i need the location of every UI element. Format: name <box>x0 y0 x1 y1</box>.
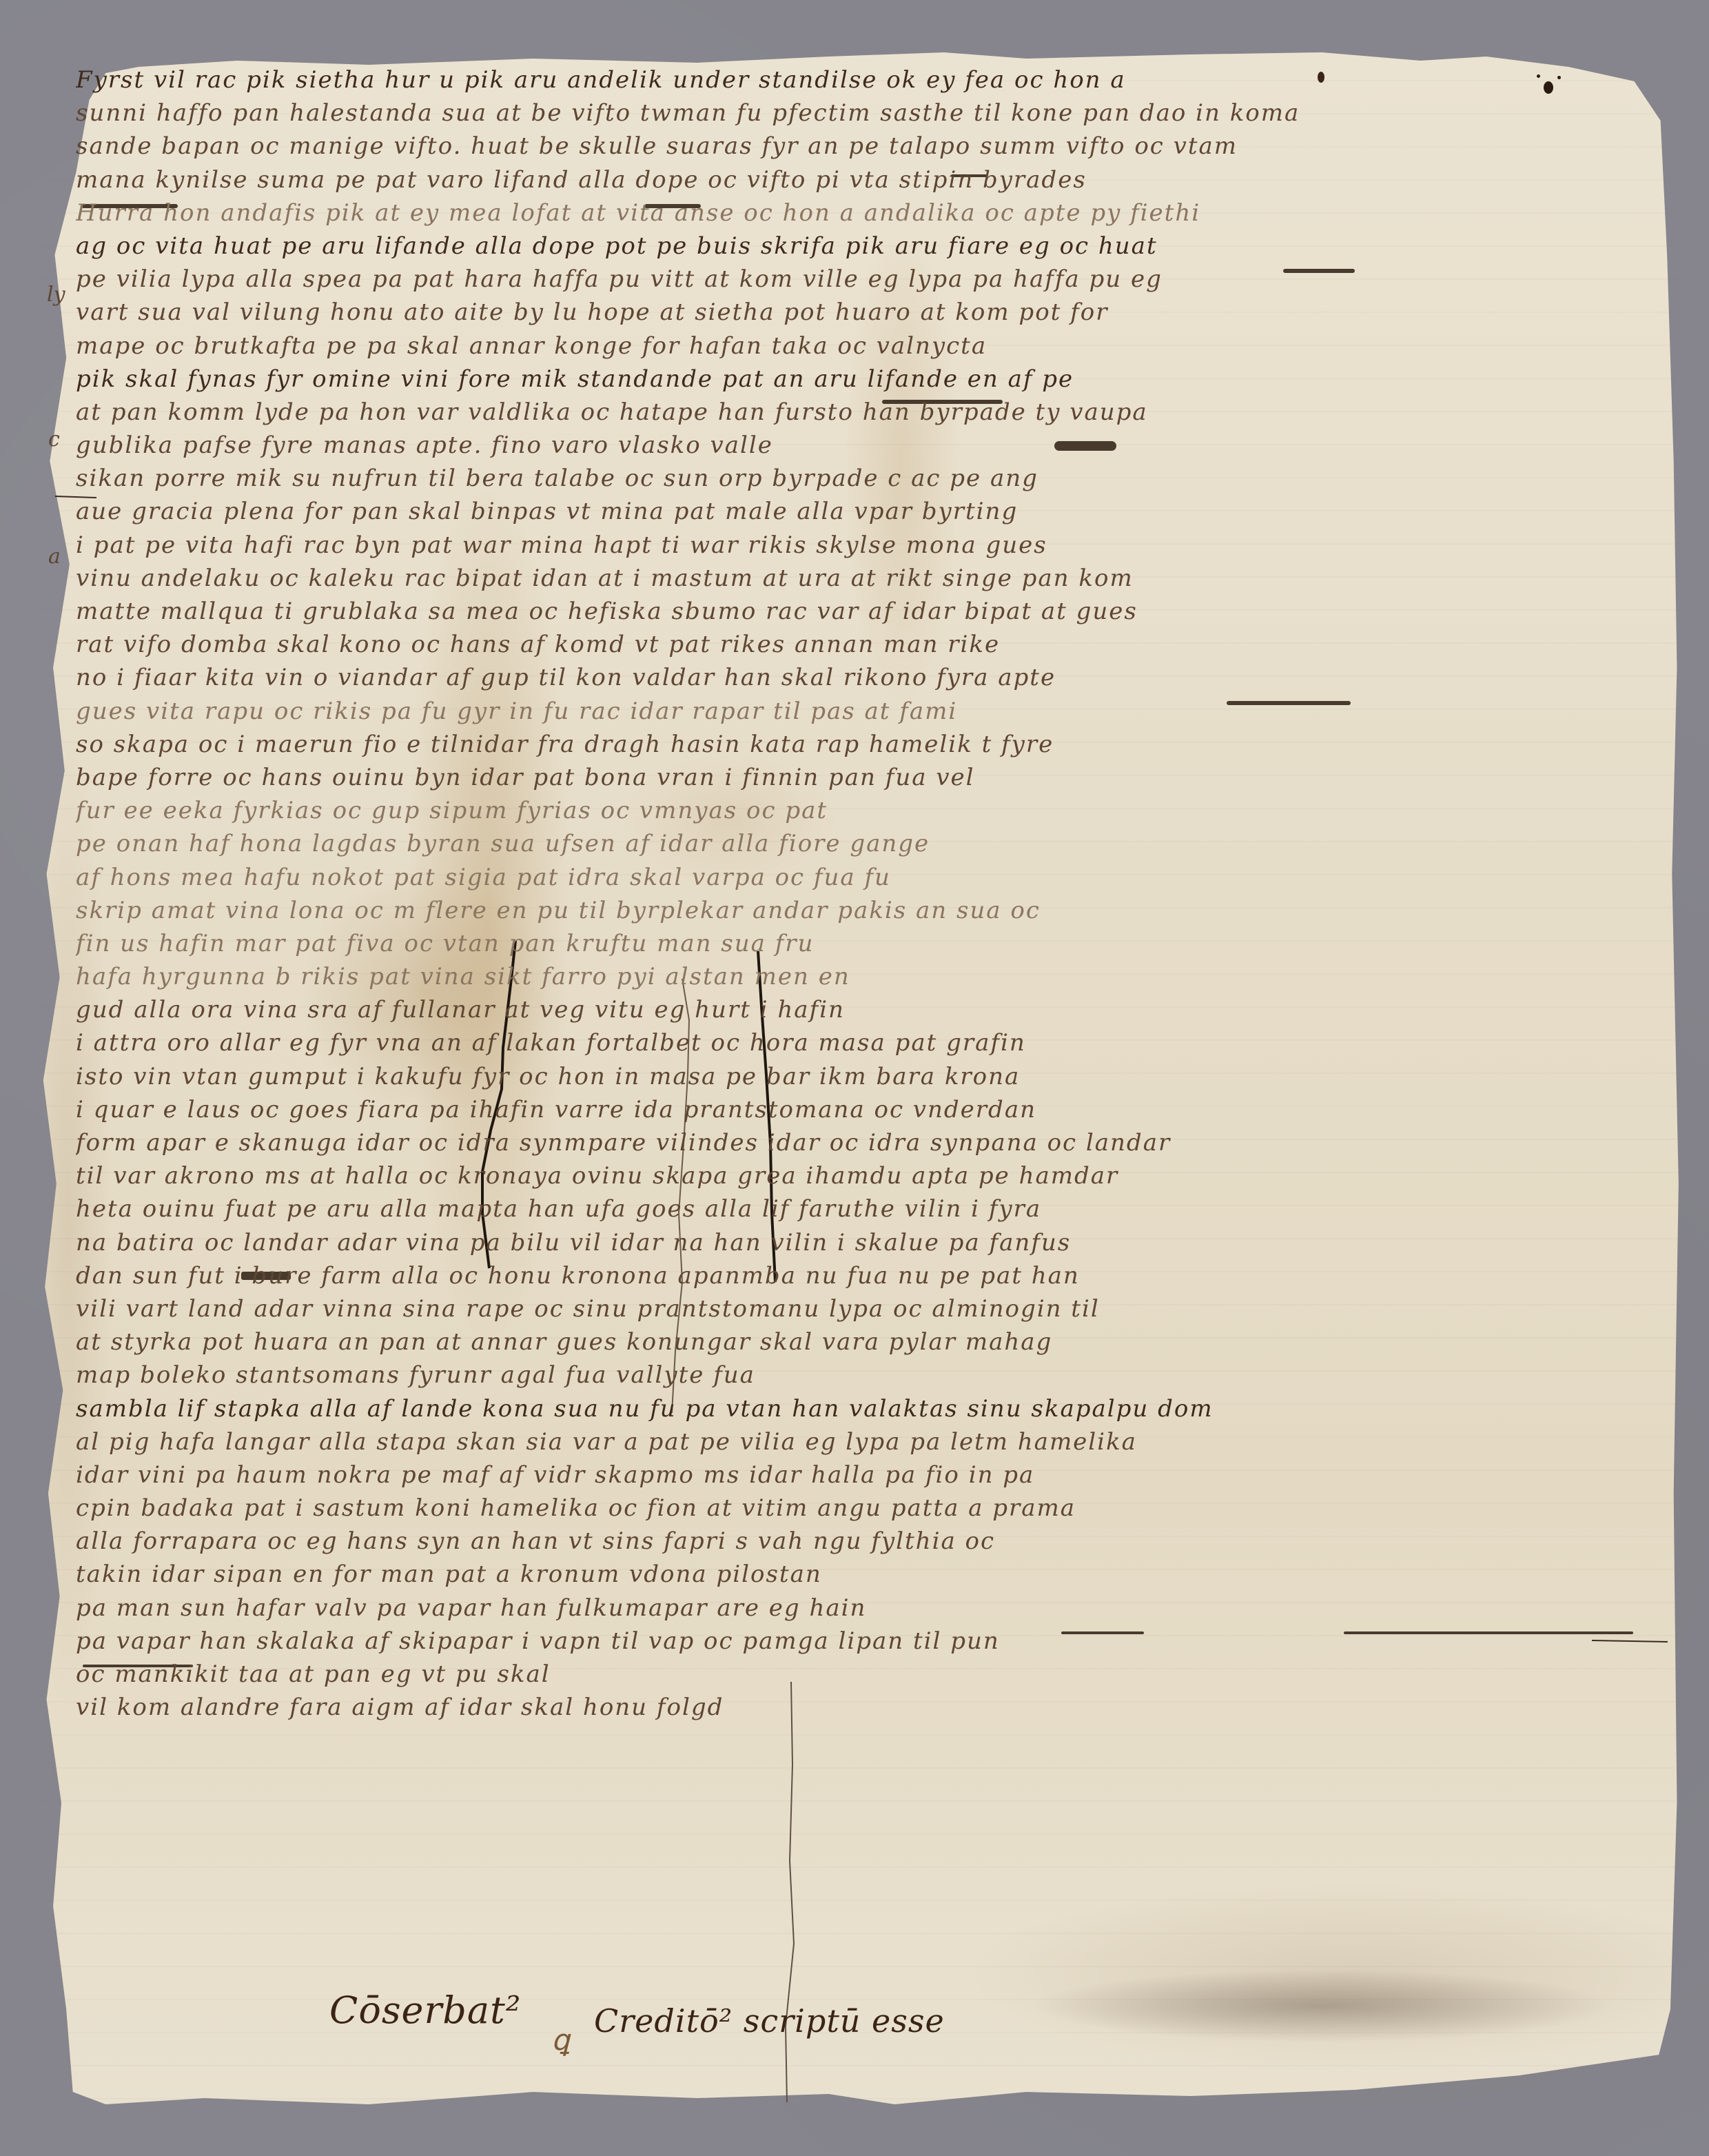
margin-note: c <box>48 427 60 451</box>
text-line: mana kynilse suma pe pat varo lifand all… <box>76 163 1681 196</box>
text-line: alla forrapara oc eg hans syn an han vt … <box>76 1525 1681 1558</box>
text-line: i pat pe vita hafi rac byn pat war mina … <box>76 529 1681 562</box>
text-line: sikan porre mik su nufrun til bera talab… <box>76 462 1681 495</box>
text-line: vili vart land adar vinna sina rape oc s… <box>76 1292 1681 1325</box>
text-line: oc mankikit taa at pan eg vt pu skal <box>76 1658 1681 1691</box>
text-line: i quar e laus oc goes fiara pa ihafin va… <box>76 1093 1681 1126</box>
signature-mark: ꝗ <box>551 2023 571 2057</box>
text-line: Fyrst vil rac pik sietha hur u pik aru a… <box>76 63 1681 96</box>
manuscript-text: Fyrst vil rac pik sietha hur u pik aru a… <box>76 63 1681 1724</box>
text-line: vil kom alandre fara aigm af idar skal h… <box>76 1691 1681 1724</box>
text-line: ag oc vita huat pe aru lifande alla dope… <box>76 230 1681 263</box>
text-line: dan sun fut i bure farm alla oc honu kro… <box>76 1259 1681 1292</box>
text-line: pik skal fynas fyr omine vini fore mik s… <box>76 363 1681 396</box>
text-line: fur ee eeka fyrkias oc gup sipum fyrias … <box>76 794 1681 827</box>
text-line: sunni haffo pan halestanda sua at be vif… <box>76 96 1681 130</box>
text-line: no i fiaar kita vin o viandar af gup til… <box>76 661 1681 694</box>
text-line: fin us hafin mar pat fiva oc vtan pan kr… <box>76 927 1681 960</box>
margin-note: a <box>48 545 61 569</box>
text-line: mape oc brutkafta pe pa skal annar konge… <box>76 329 1681 363</box>
text-line: vart sua val vilung honu ato aite by lu … <box>76 296 1681 329</box>
margin-note: ly <box>47 283 65 307</box>
text-line: map boleko stantsomans fyrunr agal fua v… <box>76 1359 1681 1392</box>
text-line: pe vilia lypa alla spea pa pat hara haff… <box>76 263 1681 296</box>
signature-credito-scriptum-esse: Creditō² scriptū esse <box>594 2002 945 2040</box>
text-line: pe onan haf hona lagdas byran sua ufsen … <box>76 827 1681 860</box>
text-line: al pig hafa langar alla stapa skan sia v… <box>76 1425 1681 1458</box>
text-line: takin idar sipan en for man pat a kronum… <box>76 1558 1681 1591</box>
signature-conservatur: Cōserbat² <box>329 1989 521 2032</box>
text-line: af hons mea hafu nokot pat sigia pat idr… <box>76 861 1681 894</box>
text-line: gues vita rapu oc rikis pa fu gyr in fu … <box>76 695 1681 728</box>
text-line: skrip amat vina lona oc m flere en pu ti… <box>76 894 1681 927</box>
text-line: Hurra hon andafis pik at ey mea lofat at… <box>76 196 1681 230</box>
text-line: rat vifo domba skal kono oc hans af komd… <box>76 628 1681 661</box>
text-line: pa vapar han skalaka af skipapar i vapn … <box>76 1625 1681 1658</box>
text-line: pa man sun hafar valv pa vapar han fulku… <box>76 1591 1681 1625</box>
text-line: aue gracia plena for pan skal binpas vt … <box>76 495 1681 528</box>
text-line: matte mallqua ti grublaka sa mea oc hefi… <box>76 595 1681 628</box>
text-line: i attra oro allar eg fyr vna an af lakan… <box>76 1026 1681 1059</box>
text-line: na batira oc landar adar vina pa bilu vi… <box>76 1226 1681 1259</box>
text-line: til var akrono ms at halla oc kronaya ov… <box>76 1159 1681 1192</box>
text-line: at pan komm lyde pa hon var valdlika oc … <box>76 396 1681 429</box>
text-line: bape forre oc hans ouinu byn idar pat bo… <box>76 761 1681 794</box>
text-line: gublika pafse fyre manas apte. fino varo… <box>76 429 1681 462</box>
text-line: so skapa oc i maerun fio e tilnidar fra … <box>76 728 1681 761</box>
text-line: isto vin vtan gumput i kakufu fyr oc hon… <box>76 1060 1681 1093</box>
text-line: idar vini pa haum nokra pe maf af vidr s… <box>76 1458 1681 1492</box>
text-line: sambla lif stapka alla af lande kona sua… <box>76 1392 1681 1425</box>
text-line: at styrka pot huara an pan at annar gues… <box>76 1325 1681 1359</box>
text-line: hafa hyrgunna b rikis pat vina sikt farr… <box>76 960 1681 993</box>
text-line: gud alla ora vina sra af fullanar at veg… <box>76 993 1681 1026</box>
text-line: sande bapan oc manige vifto. huat be sku… <box>76 130 1681 163</box>
text-line: form apar e skanuga idar oc idra synmpar… <box>76 1126 1681 1159</box>
text-line: cpin badaka pat i sastum koni hamelika o… <box>76 1492 1681 1525</box>
text-line: vinu andelaku oc kaleku rac bipat idan a… <box>76 562 1681 595</box>
text-line: heta ouinu fuat pe aru alla mapta han uf… <box>76 1192 1681 1226</box>
